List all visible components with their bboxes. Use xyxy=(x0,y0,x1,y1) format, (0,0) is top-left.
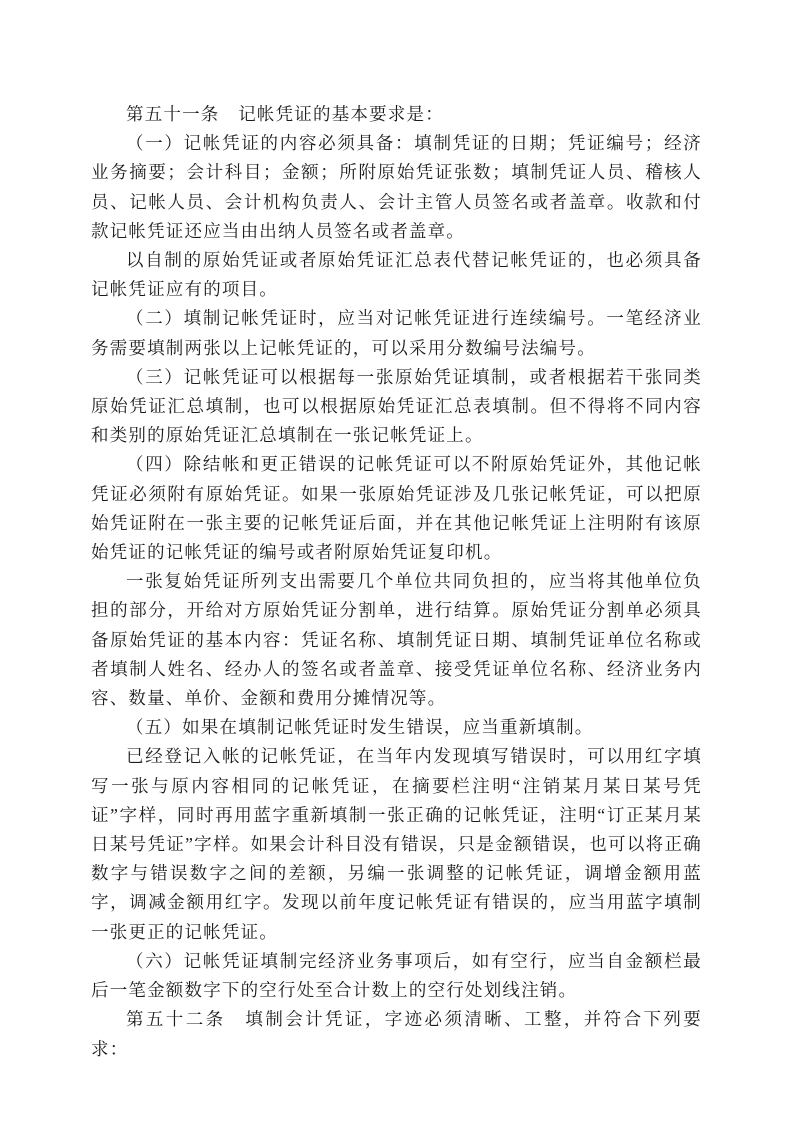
paragraph-item-4: （四）除结帐和更正错误的记帐凭证可以不附原始凭证外，其他记帐凭证必须附有原始凭证… xyxy=(91,450,702,567)
paragraph-item-4-supplement: 一张复始凭证所列支出需要几个单位共同负担的，应当将其他单位负担的部分，开给对方原… xyxy=(91,567,702,713)
paragraph-item-1: （一）记帐凭证的内容必须具备：填制凭证的日期；凭证编号；经济业务摘要；会计科目；… xyxy=(91,129,702,246)
paragraph-item-2: （二）填制记帐凭证时，应当对记帐凭证进行连续编号。一笔经济业务需要填制两张以上记… xyxy=(91,304,702,362)
paragraph-item-5-supplement: 已经登记入帐的记帐凭证，在当年内发现填写错误时，可以用红字填写一张与原内容相同的… xyxy=(91,742,702,946)
document-body: 第五十一条 记帐凭证的基本要求是： （一）记帐凭证的内容必须具备：填制凭证的日期… xyxy=(91,100,702,1064)
paragraph-item-3: （三）记帐凭证可以根据每一张原始凭证填制，或者根据若干张同类原始凭证汇总填制，也… xyxy=(91,363,702,451)
paragraph-item-1-supplement: 以自制的原始凭证或者原始凭证汇总表代替记帐凭证的，也必须具备记帐凭证应有的项目。 xyxy=(91,246,702,304)
paragraph-article-52-heading: 第五十二条 填制会计凭证，字迹必须清晰、工整，并符合下列要求： xyxy=(91,1005,702,1063)
paragraph-item-5: （五）如果在填制记帐凭证时发生错误，应当重新填制。 xyxy=(91,713,702,742)
paragraph-item-6: （六）记帐凭证填制完经济业务事项后，如有空行，应当自金额栏最后一笔金额数字下的空… xyxy=(91,947,702,1005)
paragraph-article-51-heading: 第五十一条 记帐凭证的基本要求是： xyxy=(91,100,702,129)
document-page: 第五十一条 记帐凭证的基本要求是： （一）记帐凭证的内容必须具备：填制凭证的日期… xyxy=(0,0,793,1122)
